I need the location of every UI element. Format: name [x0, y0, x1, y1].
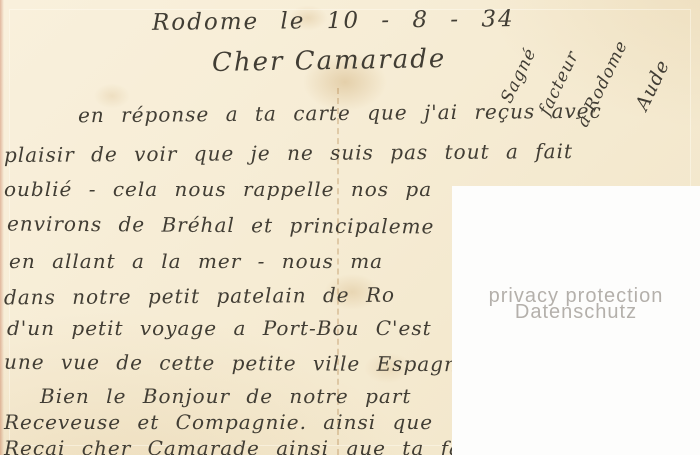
date-line: Rodome le 10 - 8 - 34	[152, 6, 515, 36]
privacy-overlay-text: privacy protection Datenschutz	[452, 288, 700, 321]
paper-left-edge	[0, 0, 4, 455]
body-line: plaisir de voir que je ne suis pas tout …	[4, 139, 573, 167]
greeting: Cher Camarade	[212, 44, 447, 78]
body-line: Bien le Bonjour de notre part	[40, 384, 411, 408]
body-line: d'un petit voyage a Port-Bou C'est	[7, 316, 432, 340]
body-line: Receveuse et Compagnie. ainsi que	[4, 410, 433, 434]
privacy-overlay: privacy protection Datenschutz	[452, 186, 700, 455]
body-line: Reçai cher Camarade ainsi que ta fa	[4, 436, 462, 455]
body-line: dans notre petit patelain de Ro	[4, 283, 395, 310]
letter-scan: Rodome le 10 - 8 - 34 Cher Camarade Sagn…	[0, 0, 700, 455]
body-line: une vue de cette petite ville Espagn	[4, 350, 458, 376]
body-line: environs de Bréhal et principaleme	[7, 212, 435, 239]
body-line: oublié - cela nous rappelle nos pa	[4, 177, 432, 201]
body-line: en réponse a ta carte que j'ai reçus ave…	[78, 99, 602, 128]
body-line: en allant a la mer - nous ma	[9, 249, 383, 273]
